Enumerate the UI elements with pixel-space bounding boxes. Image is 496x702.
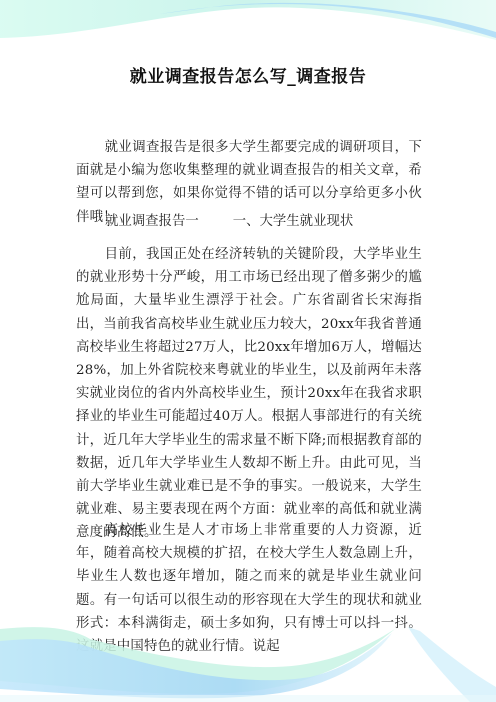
section-heading: 就业调查报告一一、大学生就业现状 (105, 210, 353, 233)
document-title: 就业调查报告怎么写_调查报告 (0, 62, 496, 87)
decorative-wave-top (0, 0, 496, 45)
report-label: 就业调查报告一 (105, 214, 199, 229)
body-paragraph: 目前，我国正处在经济转轨的关键阶段，大学毕业生的就业形势十分严峻，用工市场已经出… (76, 243, 422, 545)
body-paragraph: 高校毕业生是人才市场上非常重要的人力资源，近年，随着高校大规模的扩招，在校大学生… (76, 519, 422, 658)
section-label: 一、大学生就业现状 (233, 214, 354, 229)
